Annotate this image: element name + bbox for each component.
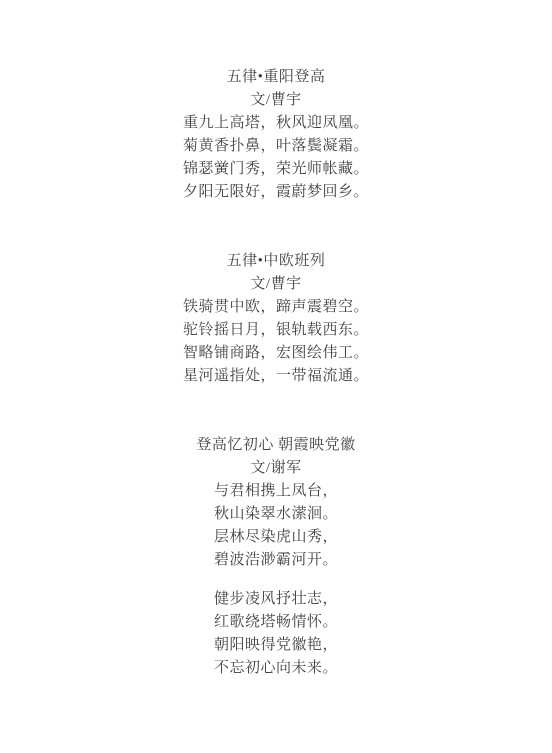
poem-stanza: 与君相携上凤台， 秋山染翠水潆洄。 层林尽染虎山秀， 碧波浩渺霸河开。 xyxy=(0,480,552,572)
poem-line: 驼铃摇日月，银轨载西东。 xyxy=(0,319,552,342)
poem-line: 菊黄香扑鼻，叶落鬓凝霜。 xyxy=(0,135,552,158)
poem-title: 五律•中欧班列 xyxy=(0,250,552,273)
poem-title: 五律•重阳登高 xyxy=(0,66,552,89)
poem-line: 健步凌风抒壮志， xyxy=(0,588,552,611)
poem-line: 碧波浩渺霸河开。 xyxy=(0,549,552,572)
poem-denggao-yichuxin: 登高忆初心 朝霞映党徽 文/谢军 与君相携上凤台， 秋山染翠水潆洄。 层林尽染虎… xyxy=(0,434,552,680)
poem-stanza: 健步凌风抒壮志， 红歌绕塔畅情怀。 朝阳映得党徽艳， 不忘初心向未来。 xyxy=(0,588,552,680)
poem-line: 智略铺商路，宏图绘伟工。 xyxy=(0,342,552,365)
poem-zhongou-banlie: 五律•中欧班列 文/曹宇 铁骑贯中欧，蹄声震碧空。 驼铃摇日月，银轨载西东。 智… xyxy=(0,250,552,388)
poem-stanza: 重九上高塔，秋风迎凤凰。 菊黄香扑鼻，叶落鬓凝霜。 锦瑟黉门秀，荣光师帐藏。 夕… xyxy=(0,112,552,204)
poem-line: 铁骑贯中欧，蹄声震碧空。 xyxy=(0,296,552,319)
poem-author: 文/曹宇 xyxy=(0,273,552,296)
poem-stanza: 铁骑贯中欧，蹄声震碧空。 驼铃摇日月，银轨载西东。 智略铺商路，宏图绘伟工。 星… xyxy=(0,296,552,388)
poem-line: 层林尽染虎山秀， xyxy=(0,526,552,549)
poem-line: 夕阳无限好，霞蔚梦回乡。 xyxy=(0,181,552,204)
poem-line: 不忘初心向未来。 xyxy=(0,657,552,680)
poem-author: 文/谢军 xyxy=(0,457,552,480)
poem-chongyang-denggao: 五律•重阳登高 文/曹宇 重九上高塔，秋风迎凤凰。 菊黄香扑鼻，叶落鬓凝霜。 锦… xyxy=(0,66,552,204)
poem-author: 文/曹宇 xyxy=(0,89,552,112)
poem-line: 与君相携上凤台， xyxy=(0,480,552,503)
poem-line: 红歌绕塔畅情怀。 xyxy=(0,611,552,634)
poem-title: 登高忆初心 朝霞映党徽 xyxy=(0,434,552,457)
document-page: 五律•重阳登高 文/曹宇 重九上高塔，秋风迎凤凰。 菊黄香扑鼻，叶落鬓凝霜。 锦… xyxy=(0,0,552,753)
poem-line: 朝阳映得党徽艳， xyxy=(0,634,552,657)
poem-line: 锦瑟黉门秀，荣光师帐藏。 xyxy=(0,158,552,181)
poem-line: 秋山染翠水潆洄。 xyxy=(0,503,552,526)
poem-line: 重九上高塔，秋风迎凤凰。 xyxy=(0,112,552,135)
poem-line: 星河遥指处，一带福流通。 xyxy=(0,365,552,388)
